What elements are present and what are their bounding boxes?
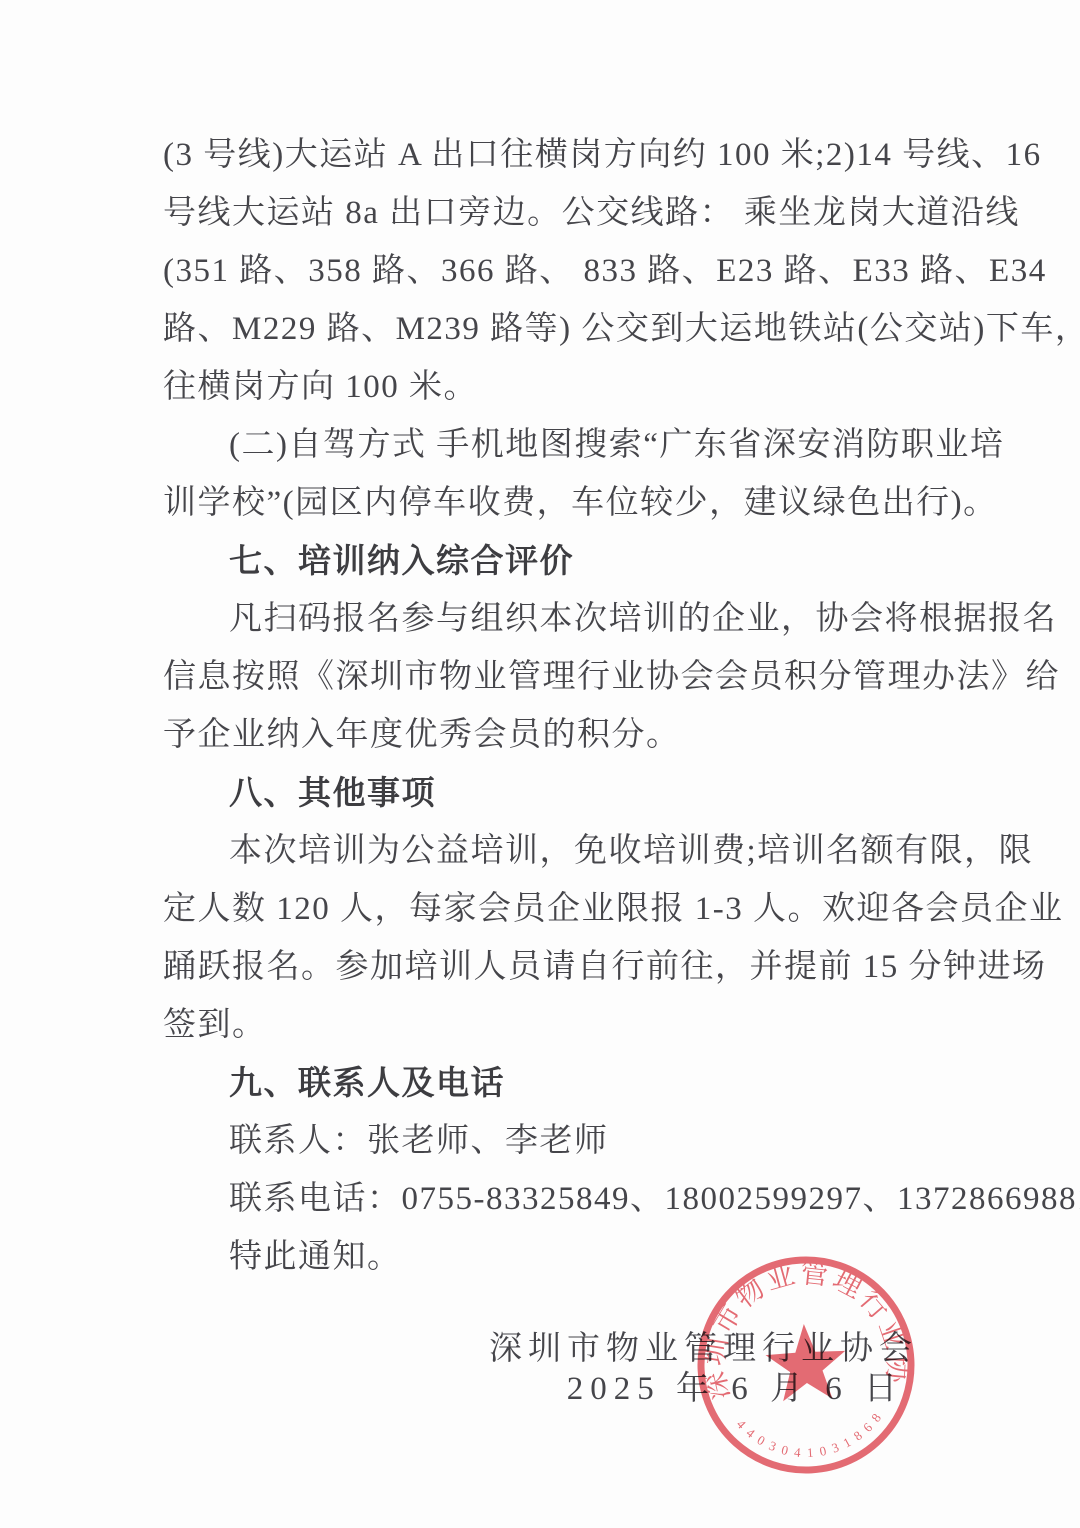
text-line: 签到。 <box>163 996 933 1054</box>
document-page: (3 号线)大运站 A 出口往横岗方向约 100 米;2)14 号线、16号线大… <box>0 0 1080 1528</box>
text-line: 联系人：张老师、李老师 <box>163 1112 933 1170</box>
text-line: 联系电话：0755-83325849、18002599297、137286698… <box>163 1170 933 1228</box>
official-seal-stamp: 深圳市物业管理行业协会 4403041031868 <box>659 1218 953 1512</box>
section-heading: 七、培训纳入综合评价 <box>163 532 933 590</box>
text-line: 凡扫码报名参与组织本次培训的企业，协会将根据报名 <box>163 590 933 648</box>
document-body: (3 号线)大运站 A 出口往横岗方向约 100 米;2)14 号线、16号线大… <box>163 126 933 1286</box>
section-heading: 九、联系人及电话 <box>163 1054 933 1112</box>
text-line: 号线大运站 8a 出口旁边。公交线路： 乘坐龙岗大道沿线 <box>163 184 933 242</box>
section-heading: 八、其他事项 <box>163 764 933 822</box>
text-line: 定人数 120 人，每家会员企业限报 1-3 人。欢迎各会员企业 <box>163 880 933 938</box>
text-line: (二)自驾方式 手机地图搜索“广东省深安消防职业培 <box>163 416 933 474</box>
text-line: 踊跃报名。参加培训人员请自行前往，并提前 15 分钟进场 <box>163 938 933 996</box>
text-line: 训学校”(园区内停车收费，车位较少，建议绿色出行)。 <box>163 474 933 532</box>
text-line: 信息按照《深圳市物业管理行业协会会员积分管理办法》给 <box>163 648 933 706</box>
text-line: 路、M229 路、M239 路等) 公交到大运地铁站(公交站)下车， <box>163 300 933 358</box>
text-line: 予企业纳入年度优秀会员的积分。 <box>163 706 933 764</box>
seal-ring-text: 深圳市物业管理行业协会 <box>659 1218 916 1406</box>
star-icon <box>764 1322 848 1402</box>
text-line: 本次培训为公益培训，免收培训费;培训名额有限，限 <box>163 822 933 880</box>
text-line: 往横岗方向 100 米。 <box>163 358 933 416</box>
text-line: (351 路、358 路、366 路、 833 路、E23 路、E33 路、E3… <box>163 242 933 300</box>
text-line: (3 号线)大运站 A 出口往横岗方向约 100 米;2)14 号线、16 <box>163 126 933 184</box>
